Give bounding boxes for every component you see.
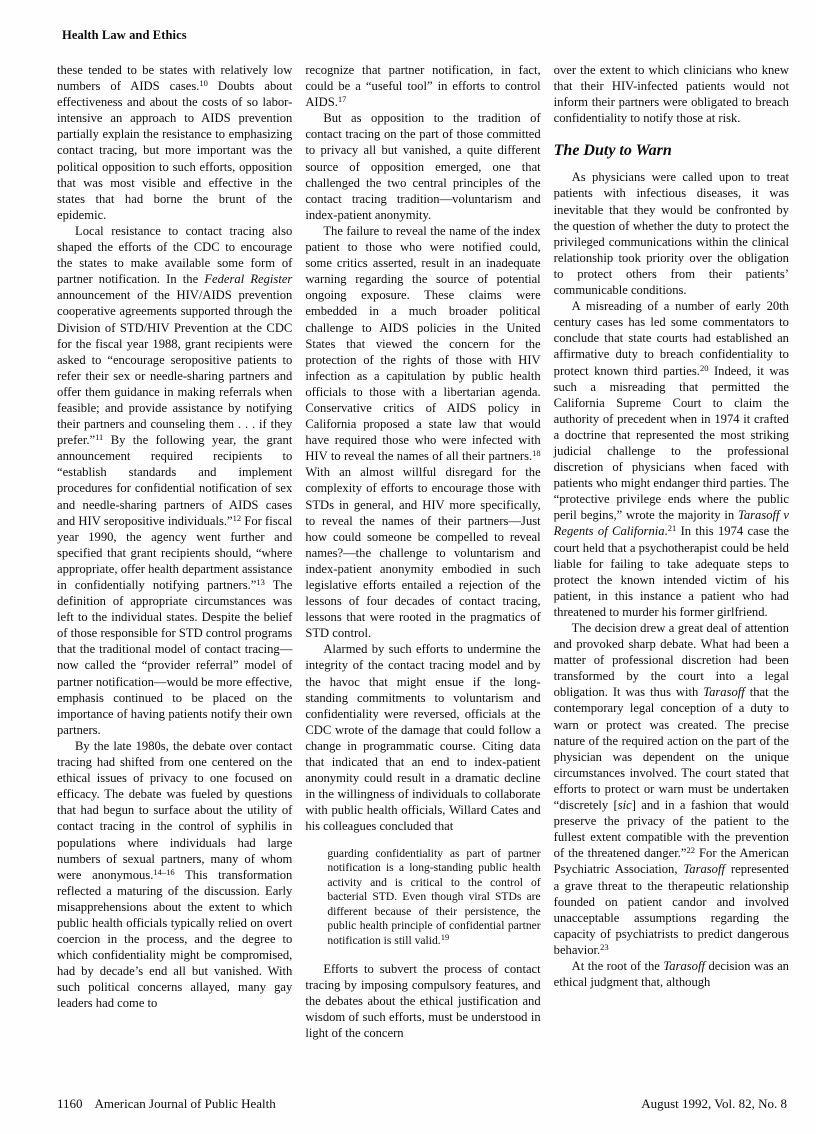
- article-body: these tended to be states with relativel…: [57, 62, 789, 1090]
- text-segment: that the contemporary legal conception o…: [554, 685, 789, 812]
- text-segment: The failure to reveal the name of the in…: [305, 224, 540, 463]
- column-3: over the extent to which clinicians who …: [554, 62, 789, 1090]
- text-segment: 13: [256, 577, 265, 587]
- text-segment: Tarasoff: [663, 959, 705, 973]
- text-segment: Indeed, it was such a misreading that pe…: [554, 364, 789, 523]
- paragraph: As physicians were called upon to treat …: [554, 169, 789, 298]
- text-segment: 19: [441, 932, 450, 942]
- journal-name: American Journal of Public Health: [95, 1096, 276, 1112]
- text-segment: This transformation reflected a maturing…: [57, 868, 292, 1011]
- text-segment: 11: [95, 432, 103, 442]
- text-segment: 20: [700, 363, 709, 373]
- text-segment: The definition of appropriate circumstan…: [57, 578, 292, 737]
- text-segment: Doubts about effectiveness and about the…: [57, 79, 292, 222]
- text-segment: Federal Register: [204, 272, 292, 286]
- text-segment: Tarasoff: [683, 862, 725, 876]
- text-segment: Alarmed by such efforts to undermine the…: [305, 642, 540, 833]
- text-segment: 22: [686, 845, 695, 855]
- text-segment: represented a grave threat to the therap…: [554, 862, 789, 956]
- section-heading: The Duty to Warn: [554, 141, 789, 160]
- paragraph: over the extent to which clinicians who …: [554, 62, 789, 126]
- text-segment: With an almost willful disregard for the…: [305, 465, 540, 640]
- footer-left: 1160 American Journal of Public Health: [57, 1096, 276, 1112]
- text-segment: 18: [532, 448, 541, 458]
- text-segment: guarding confidentiality as part of part…: [327, 847, 540, 948]
- text-segment: announcement of the HIV/AIDS prevention …: [57, 288, 292, 447]
- text-segment: But as opposition to the tradition of co…: [305, 111, 540, 222]
- text-segment: sic: [618, 798, 632, 812]
- text-segment: 10: [199, 78, 208, 88]
- text-segment: 17: [338, 94, 347, 104]
- running-head: Health Law and Ethics: [62, 28, 187, 43]
- paragraph: Alarmed by such efforts to undermine the…: [305, 641, 540, 834]
- issue-info: August 1992, Vol. 82, No. 8: [641, 1096, 787, 1112]
- page-number: 1160: [57, 1096, 83, 1112]
- text-segment: The Duty to Warn: [554, 142, 672, 159]
- text-segment: At the root of the: [572, 959, 664, 973]
- paragraph: A misreading of a number of early 20th c…: [554, 298, 789, 620]
- block-quote: guarding confidentiality as part of part…: [327, 847, 540, 949]
- paragraph: Local resistance to contact tracing also…: [57, 223, 292, 738]
- column-1: these tended to be states with relativel…: [57, 62, 292, 1090]
- text-segment: 12: [233, 513, 242, 523]
- text-segment: As physicians were called upon to treat …: [554, 170, 789, 297]
- text-segment: 14–16: [153, 867, 174, 877]
- paragraph: The decision drew a great deal of attent…: [554, 620, 789, 958]
- paragraph: recognize that partner notification, in …: [305, 62, 540, 110]
- journal-page: Health Law and Ethics these tended to be…: [0, 0, 816, 1134]
- paragraph: At the root of the Tarasoff decision was…: [554, 958, 789, 990]
- column-2: recognize that partner notification, in …: [305, 62, 540, 1090]
- paragraph: But as opposition to the tradition of co…: [305, 110, 540, 223]
- text-segment: 23: [600, 942, 609, 952]
- text-segment: Tarasoff: [703, 685, 745, 699]
- paragraph: Efforts to subvert the process of contac…: [305, 961, 540, 1041]
- text-segment: By the late 1980s, the debate over conta…: [57, 739, 292, 882]
- paragraph: The failure to reveal the name of the in…: [305, 223, 540, 641]
- text-segment: Efforts to subvert the process of contac…: [305, 962, 540, 1040]
- paragraph: By the late 1980s, the debate over conta…: [57, 738, 292, 1012]
- text-segment: In this 1974 case the court held that a …: [554, 524, 789, 618]
- text-segment: over the extent to which clinicians who …: [554, 63, 789, 125]
- page-footer: 1160 American Journal of Public Health A…: [57, 1096, 787, 1112]
- paragraph: these tended to be states with relativel…: [57, 62, 292, 223]
- text-segment: 21: [668, 523, 677, 533]
